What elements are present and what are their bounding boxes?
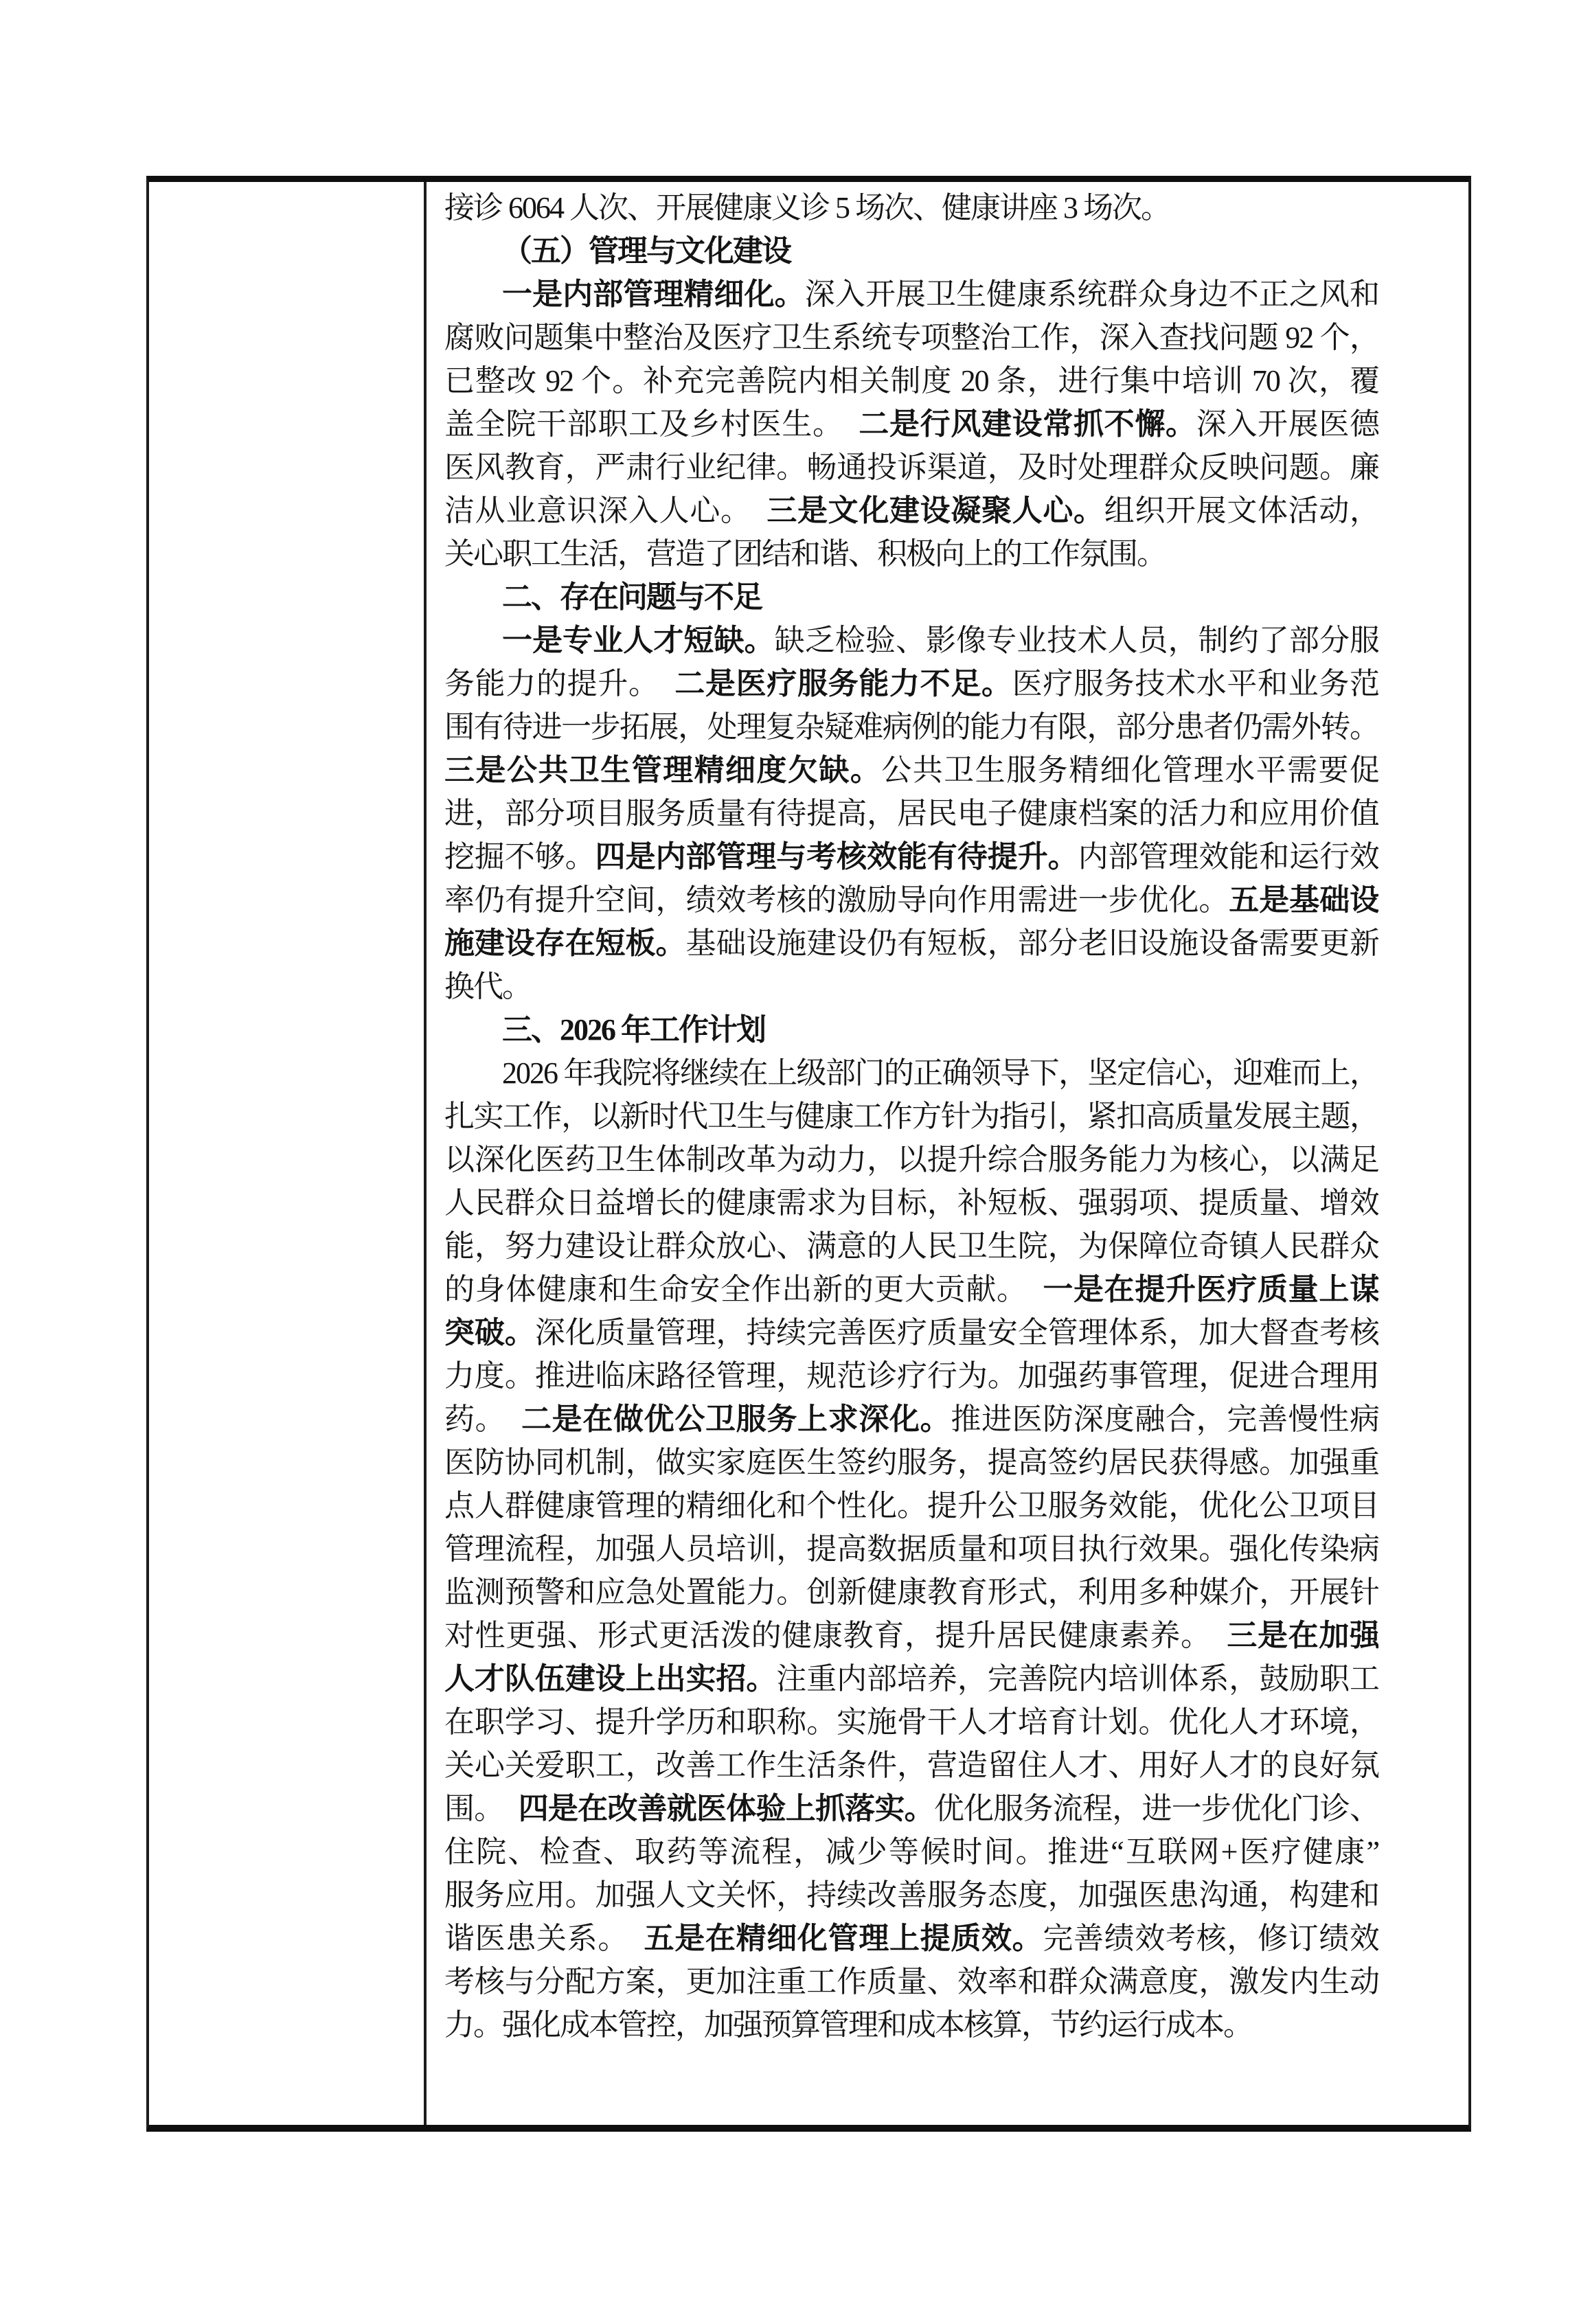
text-line: 2026 年我院将继续在上级部门的正确领导下，坚定信心，迎难而上， xyxy=(444,1051,1378,1095)
text-run: 能，努力建设让群众放心、满意的人民卫生院，为保障位奇镇人民群众 xyxy=(444,1229,1378,1263)
text-line: 关心关爱职工，改善工作生活条件，营造留住人才、用好人才的良好氛 xyxy=(444,1744,1378,1787)
bold-text-run: 二是在做优公卫服务上求深化。 xyxy=(521,1402,951,1436)
text-run: 力度。推进临床路径管理，规范诊疗行为。加强药事管理，促进合理用 xyxy=(444,1359,1378,1393)
text-line: 力度。推进临床路径管理，规范诊疗行为。加强药事管理，促进合理用 xyxy=(444,1354,1378,1398)
text-run: 务能力的提升。 xyxy=(444,667,674,700)
text-run: 组织开展文体活动， xyxy=(1104,494,1378,527)
text-line: 挖掘不够。四是内部管理与考核效能有待提升。内部管理效能和运行效 xyxy=(444,835,1378,878)
text-run: 优化服务流程，进一步优化门诊、 xyxy=(934,1792,1378,1825)
text-run: 接诊 6064 人次、开展健康义诊 5 场次、健康讲座 3 场次。 xyxy=(444,191,1170,225)
text-line: 点人群健康管理的精细化和个性化。提升公卫服务效能，优化公卫项目 xyxy=(444,1484,1378,1527)
text-run: 在职学习、提升学历和职称。实施骨干人才培育计划。优化人才环境， xyxy=(444,1705,1378,1739)
bold-text-run: 二、存在问题与不足 xyxy=(502,580,762,614)
text-line: 三是公共卫生管理精细度欠缺。公共卫生服务精细化管理水平需要促 xyxy=(444,749,1378,792)
text-line: 医风教育，严肃行业纪律。畅通投诉渠道，及时处理群众反映问题。廉 xyxy=(444,446,1378,489)
text-run: 内部管理效能和运行效 xyxy=(1078,840,1378,874)
text-run: 人民群众日益增长的健康需求为目标，补短板、强弱项、提质量、增效 xyxy=(444,1186,1378,1220)
text-line: 人才队伍建设上出实招。注重内部培养，完善院内培训体系，鼓励职工 xyxy=(444,1657,1378,1700)
report-table: 接诊 6064 人次、开展健康义诊 5 场次、健康讲座 3 场次。（五）管理与文… xyxy=(146,176,1471,2132)
text-run: 深入开展卫生健康系统群众身边不正之风和 xyxy=(805,277,1378,311)
text-run: 关心职工生活，营造了团结和谐、积极向上的工作氛围。 xyxy=(444,537,1166,571)
bold-text-run: 突破。 xyxy=(444,1316,535,1349)
text-run: 换代。 xyxy=(444,970,531,1003)
text-run: 2026 年我院将继续在上级部门的正确领导下，坚定信心，迎难而上， xyxy=(502,1056,1378,1090)
text-run: 完善绩效考核，修订绩效 xyxy=(1043,1922,1378,1955)
text-run: 关心关爱职工，改善工作生活条件，营造留住人才、用好人才的良好氛 xyxy=(444,1748,1378,1782)
text-line: 扎实工作，以新时代卫生与健康工作方针为指引，紧扣高质量发展主题， xyxy=(444,1095,1378,1138)
section-heading: （五）管理与文化建设 xyxy=(444,229,1378,273)
table-cell-content: 接诊 6064 人次、开展健康义诊 5 场次、健康讲座 3 场次。（五）管理与文… xyxy=(427,182,1468,2125)
text-run: 对性更强、形式更活泼的健康教育，提升居民健康素养。 xyxy=(444,1619,1227,1652)
bold-text-run: 三、2026 年工作计划 xyxy=(502,1013,765,1047)
text-line: 关心职工生活，营造了团结和谐、积极向上的工作氛围。 xyxy=(444,532,1378,576)
text-run: 进，部分项目服务质量有待提高，居民电子健康档案的活力和应用价值 xyxy=(444,797,1378,830)
text-line: 腐败问题集中整治及医疗卫生系统专项整治工作，深入查找问题 92 个， xyxy=(444,316,1378,359)
text-run: 力。强化成本管控，加强预算管理和成本核算，节约运行成本。 xyxy=(444,2008,1252,2042)
text-run: 率仍有提升空间，绩效考核的激励导向作用需进一步优化。 xyxy=(444,883,1229,917)
text-run: 医疗服务技术水平和业务范 xyxy=(1012,667,1378,700)
text-line: 围。 四是在改善就医体验上抓落实。优化服务流程，进一步优化门诊、 xyxy=(444,1787,1378,1830)
text-run: 医防协同机制，做实家庭医生签约服务，提高签约居民获得感。加强重 xyxy=(444,1446,1378,1479)
text-run: 管理流程，加强人员培训，提高数据质量和项目执行效果。强化传染病 xyxy=(444,1532,1378,1566)
text-line: 一是内部管理精细化。深入开展卫生健康系统群众身边不正之风和 xyxy=(444,273,1378,316)
text-line: 进，部分项目服务质量有待提高，居民电子健康档案的活力和应用价值 xyxy=(444,792,1378,835)
text-run: 药。 xyxy=(444,1402,521,1436)
text-line: 监测预警和应急处置能力。创新健康教育形式，利用多种媒介，开展针 xyxy=(444,1571,1378,1614)
text-line: 管理流程，加强人员培训，提高数据质量和项目执行效果。强化传染病 xyxy=(444,1527,1378,1571)
bold-text-run: 三是文化建设凝聚人心。 xyxy=(766,494,1104,527)
bold-text-run: 四是在改善就医体验上抓落实。 xyxy=(519,1792,934,1825)
bold-text-run: 二是医疗服务能力不足。 xyxy=(674,667,1012,700)
text-run: 挖掘不够。 xyxy=(444,840,595,874)
text-run: 深化质量管理，持续完善医疗质量安全管理体系，加大督查考核 xyxy=(535,1316,1378,1349)
text-run: 推进医防深度融合，完善慢性病 xyxy=(951,1402,1378,1436)
table-cell-left-empty xyxy=(149,182,427,2125)
bold-text-run: 一是内部管理精细化。 xyxy=(502,277,805,311)
text-line: 考核与分配方案，更加注重工作质量、效率和群众满意度，激发内生动 xyxy=(444,1960,1378,2003)
text-line: 力。强化成本管控，加强预算管理和成本核算，节约运行成本。 xyxy=(444,2003,1378,2047)
text-run: 盖全院干部职工及乡村医生。 xyxy=(444,407,859,441)
bold-text-run: 一是专业人才短缺。 xyxy=(502,624,775,657)
text-line: 以深化医药卫生体制改革为动力，以提升综合服务能力为核心，以满足 xyxy=(444,1138,1378,1181)
text-line: 接诊 6064 人次、开展健康义诊 5 场次、健康讲座 3 场次。 xyxy=(444,186,1378,229)
report-lines: 接诊 6064 人次、开展健康义诊 5 场次、健康讲座 3 场次。（五）管理与文… xyxy=(444,186,1468,2047)
text-run: 服务应用。加强人文关怀，持续改善服务态度，加强医患沟通，构建和 xyxy=(444,1878,1378,1912)
text-line: 服务应用。加强人文关怀，持续改善服务态度，加强医患沟通，构建和 xyxy=(444,1873,1378,1917)
text-run: 住院、检查、取药等流程，减少等候时间。推进“互联网+医疗健康” xyxy=(444,1835,1378,1869)
text-run: 的身体健康和生命安全作出新的更大贡献。 xyxy=(444,1273,1043,1306)
bold-text-run: 五是基础设 xyxy=(1229,883,1378,917)
text-line: 盖全院干部职工及乡村医生。 二是行风建设常抓不懈。深入开展医德 xyxy=(444,402,1378,446)
text-run: 围有待进一步拓展，处理复杂疑难病例的能力有限，部分患者仍需外转。 xyxy=(444,710,1378,744)
text-line: 药。 二是在做优公卫服务上求深化。推进医防深度融合，完善慢性病 xyxy=(444,1398,1378,1441)
text-line: 的身体健康和生命安全作出新的更大贡献。 一是在提升医疗质量上谋 xyxy=(444,1268,1378,1311)
text-run: 公共卫生服务精细化管理水平需要促 xyxy=(881,753,1378,787)
text-run: 点人群健康管理的精细化和个性化。提升公卫服务效能，优化公卫项目 xyxy=(444,1489,1378,1523)
text-line: 对性更强、形式更活泼的健康教育，提升居民健康素养。 三是在加强 xyxy=(444,1614,1378,1657)
text-line: 换代。 xyxy=(444,965,1378,1008)
bold-text-run: 四是内部管理与考核效能有待提升。 xyxy=(595,840,1078,874)
bold-text-run: 人才队伍建设上出实招。 xyxy=(444,1662,776,1696)
text-line: 在职学习、提升学历和职称。实施骨干人才培育计划。优化人才环境， xyxy=(444,1700,1378,1744)
text-run: 腐败问题集中整治及医疗卫生系统专项整治工作，深入查找问题 92 个， xyxy=(444,321,1378,354)
text-run: 缺乏检验、影像专业技术人员，制约了部分服 xyxy=(775,624,1378,657)
text-run: 基础设施建设仍有短板，部分老旧设施设备需要更新 xyxy=(685,926,1378,960)
text-run: 考核与分配方案，更加注重工作质量、效率和群众满意度，激发内生动 xyxy=(444,1965,1378,1998)
text-line: 率仍有提升空间，绩效考核的激励导向作用需进一步优化。五是基础设 xyxy=(444,878,1378,922)
text-line: 人民群众日益增长的健康需求为目标，补短板、强弱项、提质量、增效 xyxy=(444,1181,1378,1224)
section-heading: 二、存在问题与不足 xyxy=(444,576,1378,619)
bold-text-run: （五）管理与文化建设 xyxy=(502,234,791,268)
document-page: 接诊 6064 人次、开展健康义诊 5 场次、健康讲座 3 场次。（五）管理与文… xyxy=(0,0,1579,2324)
bold-text-run: 一是在提升医疗质量上谋 xyxy=(1043,1273,1378,1306)
text-run: 扎实工作，以新时代卫生与健康工作方针为指引，紧扣高质量发展主题， xyxy=(444,1100,1378,1133)
bold-text-run: 五是在精细化管理上提质效。 xyxy=(644,1922,1043,1955)
bold-text-run: 三是公共卫生管理精细度欠缺。 xyxy=(444,753,881,787)
text-run: 医风教育，严肃行业纪律。畅通投诉渠道，及时处理群众反映问题。廉 xyxy=(444,451,1378,484)
text-run: 以深化医药卫生体制改革为动力，以提升综合服务能力为核心，以满足 xyxy=(444,1143,1378,1176)
text-line: 洁从业意识深入人心。 三是文化建设凝聚人心。组织开展文体活动， xyxy=(444,489,1378,532)
text-run: 监测预警和应急处置能力。创新健康教育形式，利用多种媒介，开展针 xyxy=(444,1575,1378,1609)
text-line: 能，努力建设让群众放心、满意的人民卫生院，为保障位奇镇人民群众 xyxy=(444,1224,1378,1268)
bold-text-run: 施建设存在短板。 xyxy=(444,926,685,960)
bold-text-run: 三是在加强 xyxy=(1227,1619,1378,1652)
text-line: 围有待进一步拓展，处理复杂疑难病例的能力有限，部分患者仍需外转。 xyxy=(444,705,1378,749)
text-run: 围。 xyxy=(444,1792,519,1825)
text-line: 谐医患关系。 五是在精细化管理上提质效。完善绩效考核，修订绩效 xyxy=(444,1917,1378,1960)
text-run: 注重内部培养，完善院内培训体系，鼓励职工 xyxy=(776,1662,1378,1696)
text-line: 已整改 92 个。补充完善院内相关制度 20 条，进行集中培训 70 次，覆 xyxy=(444,359,1378,402)
text-line: 务能力的提升。 二是医疗服务能力不足。医疗服务技术水平和业务范 xyxy=(444,662,1378,705)
text-line: 一是专业人才短缺。缺乏检验、影像专业技术人员，制约了部分服 xyxy=(444,619,1378,662)
text-run: 谐医患关系。 xyxy=(444,1922,644,1955)
section-heading: 三、2026 年工作计划 xyxy=(444,1008,1378,1051)
bold-text-run: 二是行风建设常抓不懈。 xyxy=(859,407,1196,441)
text-line: 施建设存在短板。基础设施建设仍有短板，部分老旧设施设备需要更新 xyxy=(444,922,1378,965)
text-run: 已整改 92 个。补充完善院内相关制度 20 条，进行集中培训 70 次，覆 xyxy=(444,364,1378,398)
text-line: 医防协同机制，做实家庭医生签约服务，提高签约居民获得感。加强重 xyxy=(444,1441,1378,1484)
text-line: 住院、检查、取药等流程，减少等候时间。推进“互联网+医疗健康” xyxy=(444,1830,1378,1873)
text-run: 深入开展医德 xyxy=(1196,407,1378,441)
text-run: 洁从业意识深入人心。 xyxy=(444,494,766,527)
text-line: 突破。深化质量管理，持续完善医疗质量安全管理体系，加大督查考核 xyxy=(444,1311,1378,1354)
